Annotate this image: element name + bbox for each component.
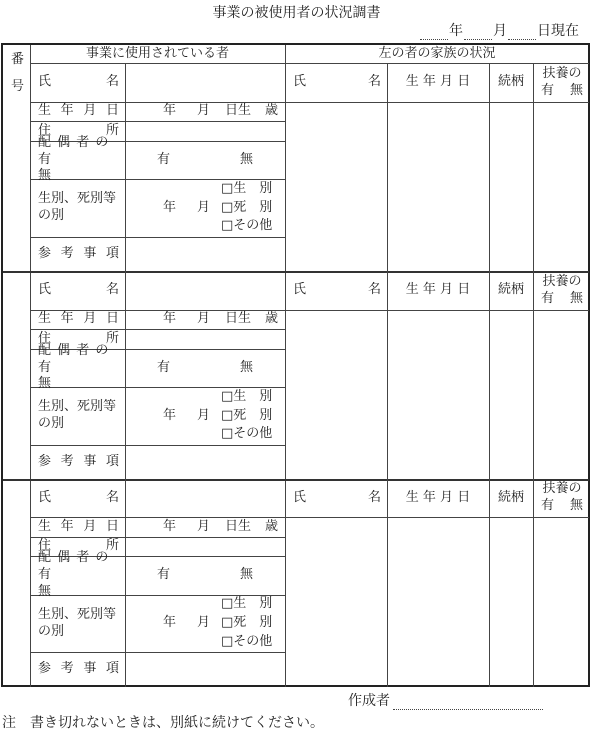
age-label: 歳 — [265, 103, 278, 118]
block-2-separation-input[interactable]: 年月 □生 別 □死 別 □その他 — [125, 387, 285, 445]
block-1-family-name-header: 氏名 — [285, 63, 387, 102]
birthdate-label: 生 年 月 日 — [406, 490, 470, 507]
label-char: 項 — [106, 454, 119, 471]
block-2-spouse-choice[interactable]: 有無 — [125, 349, 285, 387]
day-label: 日現在 — [537, 20, 579, 40]
label-char: 考 — [61, 246, 74, 263]
label-char: 項 — [106, 661, 119, 678]
number-label-1: 番 — [11, 52, 24, 67]
spouse-no-option[interactable]: 無 — [240, 152, 253, 169]
block-2-spouse-label: 配 偶 者 の 有無 — [30, 349, 125, 387]
label-char: 月 — [83, 311, 96, 328]
month-label: 月 — [493, 20, 507, 40]
block-2-family-dependent-input[interactable] — [533, 310, 589, 479]
name-char-2: 名 — [106, 490, 119, 507]
born-label: 日生 — [225, 103, 251, 118]
block-1-family-name-input[interactable] — [285, 102, 387, 271]
name-char-2: 名 — [368, 74, 381, 91]
year-label: 年 — [163, 408, 176, 423]
block-2-family-dependent-header: 扶養の有無 — [533, 271, 589, 310]
block-1-number-cell[interactable] — [3, 102, 30, 271]
label-char: 月 — [83, 103, 96, 120]
month-blank[interactable] — [464, 25, 492, 40]
block-1-spouse-label: 配 偶 者 の 有無 — [30, 141, 125, 179]
year-label: 年 — [163, 200, 176, 215]
block-3-family-birthdate-header: 生 年 月 日 — [387, 479, 489, 517]
option-living-separation[interactable]: □生 別 — [221, 388, 272, 407]
label-char: 項 — [106, 246, 119, 263]
dependent-label: 扶養の — [542, 274, 581, 289]
name-char-2: 名 — [106, 282, 119, 299]
block-3-remarks-input[interactable] — [125, 652, 285, 687]
relation-label: 続柄 — [498, 282, 524, 299]
block-2-family-birthdate-header: 生 年 月 日 — [387, 271, 489, 310]
number-label-2: 号 — [11, 79, 24, 94]
spouse-label-1: 配 偶 者 の 有 — [38, 343, 109, 375]
label-char: 事 — [83, 454, 96, 471]
option-death-separation[interactable]: □死 別 — [221, 407, 272, 426]
month-label: 月 — [197, 200, 210, 215]
spouse-yes-option[interactable]: 有 — [157, 360, 170, 377]
family-group-label: 左の者の家族の状況 — [378, 46, 495, 63]
year-label: 年 — [163, 311, 176, 326]
separation-options: □生 別 □死 別 □その他 — [221, 388, 272, 445]
label-char: 生 — [38, 311, 51, 328]
name-char-1: 氏 — [293, 282, 306, 299]
label-char: 日 — [106, 311, 119, 328]
creator-line: 作成者 — [348, 690, 543, 710]
year-label: 年 — [163, 103, 176, 118]
separation-options: □生 別 □死 別 □その他 — [221, 180, 272, 237]
block-1-employee-name-input[interactable] — [125, 63, 285, 102]
day-blank[interactable] — [508, 25, 536, 40]
header-number: 番号 — [3, 45, 30, 102]
name-char-1: 氏 — [293, 74, 306, 91]
block-3-spouse-label: 配 偶 者 の 有無 — [30, 556, 125, 595]
block-2-family-relation-header: 続柄 — [489, 271, 533, 310]
label-char: 年 — [61, 311, 74, 328]
year-label: 年 — [163, 519, 176, 534]
block-2-family-birthdate-input[interactable] — [387, 310, 489, 479]
block-3-employee-name-label: 氏名 — [30, 479, 125, 517]
dependent-label: 扶養の — [542, 66, 581, 81]
block-1-family-birthdate-header: 生 年 月 日 — [387, 63, 489, 102]
name-char-2: 名 — [368, 490, 381, 507]
option-death-separation[interactable]: □死 別 — [221, 199, 272, 218]
creator-label: 作成者 — [348, 690, 390, 710]
block-1-family-relation-header: 続柄 — [489, 63, 533, 102]
yes-label: 有 — [541, 83, 554, 100]
name-char-1: 氏 — [38, 282, 51, 299]
month-label: 月 — [197, 519, 210, 534]
label-char: 年 — [61, 103, 74, 120]
label-char: 生 — [38, 519, 51, 536]
block-2-remarks-input[interactable] — [125, 445, 285, 479]
spouse-yes-option[interactable]: 有 — [157, 152, 170, 169]
block-3-spouse-choice[interactable]: 有無 — [125, 556, 285, 595]
age-label: 歳 — [265, 519, 278, 534]
block-2-number-cell[interactable] — [3, 310, 30, 479]
block-2-separation-label: 生別、死別等の別 — [30, 387, 125, 445]
document-title: 事業の被使用者の状況調書 — [0, 2, 593, 22]
label-char: 参 — [38, 661, 51, 678]
block-3-address-input[interactable] — [125, 537, 285, 556]
block-2-family-name-input[interactable] — [285, 310, 387, 479]
block-2-birthdate-input[interactable]: 年月日生歳 — [125, 310, 285, 329]
relation-label: 続柄 — [498, 74, 524, 91]
separation-label-1: 生別、死別等 — [38, 399, 116, 414]
block-1-separation-label: 生別、死別等の別 — [30, 179, 125, 237]
block-3-family-name-header: 氏名 — [285, 479, 387, 517]
block-1-remarks-input[interactable] — [125, 237, 285, 271]
label-char: 月 — [83, 519, 96, 536]
label-char: 参 — [38, 454, 51, 471]
separation-label-1: 生別、死別等 — [38, 191, 116, 206]
label-char: 年 — [61, 519, 74, 536]
block-1-family-dependent-input[interactable] — [533, 102, 589, 271]
employee-group-label: 事業に使用されている者 — [86, 46, 229, 63]
name-char-1: 氏 — [38, 74, 51, 91]
label-char: 事 — [83, 661, 96, 678]
block-3-separation-label: 生別、死別等の別 — [30, 595, 125, 652]
block-3-family-dependent-input[interactable] — [533, 517, 589, 687]
age-label: 歳 — [265, 311, 278, 326]
block-3-birthdate-label: 生年月日 — [30, 517, 125, 537]
as-of-date: 年 月 日現在 — [419, 20, 579, 40]
name-char-1: 氏 — [293, 490, 306, 507]
block-3-birthdate-input[interactable]: 年月日生歳 — [125, 517, 285, 537]
name-char-1: 氏 — [38, 490, 51, 507]
label-char: 事 — [83, 246, 96, 263]
option-death-separation[interactable]: □死 別 — [221, 614, 272, 633]
block-1-birthdate-input[interactable]: 年月日生歳 — [125, 102, 285, 121]
header-employee-group: 事業に使用されている者 — [30, 45, 285, 63]
block-2-family-name-header: 氏名 — [285, 271, 387, 310]
spouse-label-1: 配 偶 者 の 有 — [38, 550, 109, 582]
separation-label-2: の別 — [38, 208, 64, 223]
year-label: 年 — [163, 615, 176, 630]
block-1-remarks-label: 参考事項 — [30, 237, 125, 271]
block-1-family-dependent-header: 扶養の有無 — [533, 63, 589, 102]
block-2-remarks-label: 参考事項 — [30, 445, 125, 479]
name-char-2: 名 — [368, 282, 381, 299]
no-label: 無 — [570, 498, 583, 515]
block-2-family-relation-input[interactable] — [489, 310, 533, 479]
block-1-birthdate-label: 生年月日 — [30, 102, 125, 121]
block-3-employee-name-input[interactable] — [125, 479, 285, 517]
creator-blank[interactable] — [393, 695, 543, 710]
yes-label: 有 — [541, 498, 554, 515]
born-label: 日生 — [225, 519, 251, 534]
birthdate-label: 生 年 月 日 — [406, 74, 470, 91]
month-label: 月 — [197, 615, 210, 630]
block-1-family-birthdate-input[interactable] — [387, 102, 489, 271]
option-other[interactable]: □その他 — [221, 633, 272, 652]
no-label: 無 — [570, 83, 583, 100]
block-1-family-relation-input[interactable] — [489, 102, 533, 271]
spouse-no-option[interactable]: 無 — [240, 360, 253, 377]
block-2-address-input[interactable] — [125, 329, 285, 349]
month-label: 月 — [197, 408, 210, 423]
born-label: 日生 — [225, 311, 251, 326]
block-3-remarks-label: 参考事項 — [30, 652, 125, 687]
separation-label-2: の別 — [38, 624, 64, 639]
birthdate-label: 生 年 月 日 — [406, 282, 470, 299]
block-3-family-dependent-header: 扶養の有無 — [533, 479, 589, 517]
block-1-employee-name-label: 氏名 — [30, 63, 125, 102]
label-char: 考 — [61, 661, 74, 678]
block-3-separation-input[interactable]: 年月 □生 別 □死 別 □その他 — [125, 595, 285, 652]
option-other[interactable]: □その他 — [221, 217, 272, 236]
separation-label-2: の別 — [38, 416, 64, 431]
label-char: 生 — [38, 103, 51, 120]
block-3-family-birthdate-input[interactable] — [387, 517, 489, 687]
block-1-separation-input[interactable]: 年月 □生 別 □死 別 □その他 — [125, 179, 285, 237]
label-char: 日 — [106, 519, 119, 536]
year-label: 年 — [449, 20, 463, 40]
header-family-group: 左の者の家族の状況 — [285, 45, 589, 63]
separation-options: □生 別 □死 別 □その他 — [221, 595, 272, 652]
block-2-birthdate-label: 生年月日 — [30, 310, 125, 329]
month-label: 月 — [197, 311, 210, 326]
relation-label: 続柄 — [498, 490, 524, 507]
dependent-label: 扶養の — [542, 481, 581, 496]
name-char-2: 名 — [106, 74, 119, 91]
spouse-yes-option[interactable]: 有 — [157, 567, 170, 584]
yes-label: 有 — [541, 291, 554, 308]
block-3-family-name-input[interactable] — [285, 517, 387, 687]
block-3-number-cell[interactable] — [3, 517, 30, 687]
no-label: 無 — [570, 291, 583, 308]
label-char: 参 — [38, 246, 51, 263]
separation-label-1: 生別、死別等 — [38, 607, 116, 622]
option-living-separation[interactable]: □生 別 — [221, 595, 272, 614]
block-3-family-relation-input[interactable] — [489, 517, 533, 687]
spouse-label-1: 配 偶 者 の 有 — [38, 135, 109, 167]
block-2-employee-name-label: 氏名 — [30, 271, 125, 310]
block-2-employee-name-input[interactable] — [125, 271, 285, 310]
spouse-no-option[interactable]: 無 — [240, 567, 253, 584]
option-other[interactable]: □その他 — [221, 425, 272, 444]
option-living-separation[interactable]: □生 別 — [221, 180, 272, 199]
month-label: 月 — [197, 103, 210, 118]
status-table: 番号事業に使用されている者左の者の家族の状況氏名氏名生 年 月 日続柄扶養の有無… — [1, 43, 590, 687]
block-1-spouse-choice[interactable]: 有無 — [125, 141, 285, 179]
label-char: 考 — [61, 454, 74, 471]
block-1-address-input[interactable] — [125, 121, 285, 141]
block-3-family-relation-header: 続柄 — [489, 479, 533, 517]
footnote: 注 書き切れないときは、別紙に続けてください。 — [2, 712, 324, 730]
year-blank[interactable] — [420, 25, 448, 40]
label-char: 日 — [106, 103, 119, 120]
